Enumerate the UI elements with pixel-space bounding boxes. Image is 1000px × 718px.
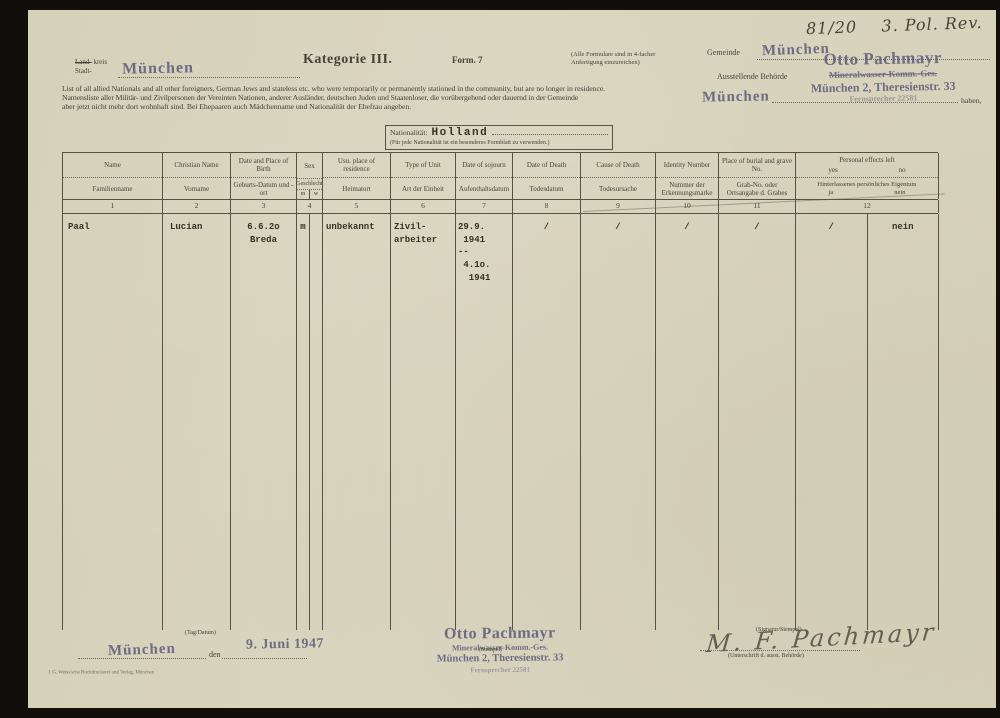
value-name: Paal [68,222,90,232]
col-header-sex-en: Sex [297,153,322,179]
col-header-birth-de: Geburts-Datum und -ort [231,178,296,199]
col-num-12: 12 [796,200,939,213]
col-header-birth: Date and Place of Birth Geburts-Datum un… [231,153,297,199]
value-effects-nein: nein [892,222,914,232]
table-body: Paal Lucian 6.6.2o Breda m unbekannt Ziv… [62,214,938,630]
nationality-note: (Für jede Nationalität ist ein besondere… [390,140,608,146]
col-header-residence-de: Heimatort [323,178,390,199]
value-sex: m [300,222,305,232]
col-header-effects-yes: yes [828,166,837,174]
col-header-christian-name-de: Vorname [163,178,230,199]
cell-identity: / [656,214,719,630]
col-header-sex: Sex Geschlecht m w [297,153,323,199]
copies-note: (Alle Formulare sind in 4-facher Anferti… [571,51,655,67]
intro-english: List of all allied Nationals and all oth… [62,84,605,93]
stempel-label: (Stempel) [479,647,502,653]
value-effects-ja: / [829,222,834,232]
col-header-residence: Usu. place of residence Heimatort [323,153,391,199]
col-header-unit: Type of Unit Art der Einheit [391,153,456,199]
col-header-unit-de: Art der Einheit [391,178,455,199]
table-header-row: Name Familienname Christian Name Vorname… [62,152,938,199]
value-residence: unbekannt [326,222,375,232]
col-header-name-de: Familienname [63,178,162,199]
col-header-burial-en: Place of burial and grave No. [719,153,795,178]
cell-birth: 6.6.2o Breda [231,214,297,630]
cell-death-cause: / [581,214,656,630]
col-header-name-en: Name [63,153,162,178]
cell-residence: unbekannt [323,214,391,630]
col-header-residence-en: Usu. place of residence [323,153,390,178]
district-label-stadt: Stadt- [75,67,107,76]
cell-effects: / nein [796,214,939,630]
value-birth: 6.6.2o Breda [247,222,279,245]
col-header-effects-en-yn: yes no [798,166,936,174]
cell-christian-name: Lucian [163,214,231,630]
scanned-document-page: 81/20 3. Pol. Rev. Land- kreis Stadt- Mü… [0,0,1000,718]
col-header-sex-de-label: Geschlecht [297,179,322,190]
col-header-effects: Personal effects left yes no Hinterlasse… [796,153,939,199]
col-num-4: 4 [297,200,323,213]
district-label: Land- kreis Stadt- [75,58,107,76]
cell-unit: Zivil- arbeiter [391,214,456,630]
col-num-3: 3 [231,200,297,213]
intro-german-line2: aber jetzt nicht mehr dort wohnhaft sind… [62,102,411,111]
col-header-sex-m: m [297,190,310,199]
col-header-death-date: Date of Death Todesdatum [513,153,581,199]
behoerde-stamp-name: Otto Pachmayr [772,48,994,69]
intro-dotted-blank [772,102,958,103]
date-stamp: 9. Juni 1947 [246,636,324,653]
category-title: Kategorie III. [303,52,392,68]
den-label: den [209,650,221,659]
nationality-box: Nationalität: Holland (Für jede National… [385,125,613,150]
intro-german-line1: Namensliste aller Militär- und Zivilpers… [62,93,578,102]
col-num-5: 5 [323,200,391,213]
value-death-date: / [544,222,549,232]
cell-death-date: / [513,214,581,630]
col-header-death-date-en: Date of Death [513,153,580,178]
col-header-death-cause-en: Cause of Death [581,153,655,178]
district-label-land: Land- [75,58,92,66]
date-hint-label: (Tag/Datum) [185,630,216,636]
table-number-row: 1 2 3 4 5 6 7 8 9 10 11 12 [62,199,938,214]
col-header-death-cause-de: Todesursache [581,178,655,199]
cell-sex-m: m [297,214,310,630]
col-header-birth-en: Date and Place of Birth [231,153,296,178]
col-header-sex-w: w [310,190,322,199]
col-header-effects-en: Personal effects left yes no [796,153,938,178]
printer-imprint: J. G. Weiss'sche Buchdruckerei und Verla… [48,669,154,675]
cell-burial: / [719,214,796,630]
cell-name: Paal [63,214,163,630]
col-header-identity-en: Identity Number [656,153,718,178]
district-value-stamp: München [122,59,194,78]
col-header-effects-de-label: Hinterlassenes persönliches Eigentum [818,181,917,188]
col-header-identity-de: Nummer der Erkennungsmarke [656,178,718,199]
value-burial: / [754,222,759,232]
gemeinde-label: Gemeinde [707,48,740,57]
cell-effects-nein: nein [868,214,939,630]
nationality-dotted-line [492,134,608,135]
col-header-name: Name Familienname [63,153,163,199]
district-dotted-line [118,77,300,78]
col-num-6: 6 [391,200,456,213]
footer-stamp-phone: Fernsprecher 22581 [433,666,567,674]
col-header-christian-name: Christian Name Vorname [163,153,231,199]
col-header-christian-name-en: Christian Name [163,153,230,178]
place-dotted-line [78,658,206,659]
cell-effects-ja: / [796,214,868,630]
footer-stamp-name: Otto Pachmayr [433,625,567,642]
col-header-burial: Place of burial and grave No. Grab-No. o… [719,153,796,199]
value-death-cause: / [615,222,620,232]
col-header-death-date-de: Todesdatum [513,178,580,199]
col-header-burial-de: Grab-No. oder Ortsangabe d. Grabes [719,178,795,199]
date-dotted-line [222,658,307,659]
value-sojourn: 29.9. 1941 -- 4.1o. 1941 [458,222,490,283]
col-header-sojourn: Date of sojourn Aufenthaltsdatum [456,153,513,199]
nationality-label: Nationalität: [390,128,428,137]
col-header-effects-no: no [899,166,906,174]
col-header-sex-de: Geschlecht m w [297,179,322,199]
col-header-effects-de: Hinterlassenes persönliches Eigentum ja … [796,178,938,199]
col-header-identity: Identity Number Nummer der Erkennungsmar… [656,153,719,199]
col-num-8: 8 [513,200,581,213]
cell-sex: m [297,214,323,630]
col-header-death-cause: Cause of Death Todesursache [581,153,656,199]
nationality-value: Holland [432,127,489,139]
intro-german-line1-suffix: haben, [961,96,982,105]
value-identity: / [684,222,689,232]
col-num-1: 1 [63,200,163,213]
col-num-7: 7 [456,200,513,213]
intro-gemeinde-stamp: München [702,88,770,106]
signature-dotted-line [700,650,860,651]
behoerde-stamp-address: München 2, Theresienstr. 33 [772,79,994,95]
form-number: Form. 7 [452,55,483,65]
footer-stamp-address: München 2, Theresienstr. 33 [433,653,567,665]
value-unit: Zivil- arbeiter [394,222,437,245]
signature-hint-bottom: (Unterschrift d. ausst. Behörde) [728,653,804,659]
col-header-effects-ja: ja [829,189,834,196]
persons-table: Name Familienname Christian Name Vorname… [62,152,938,630]
cell-sex-w [310,214,322,630]
value-christian-name: Lucian [170,222,202,232]
col-header-unit-en: Type of Unit [391,153,455,178]
col-header-sojourn-de: Aufenthaltsdatum [456,178,512,199]
col-header-sojourn-en: Date of sojourn [456,153,512,178]
cell-sojourn: 29.9. 1941 -- 4.1o. 1941 [456,214,513,630]
col-header-effects-en-label: Personal effects left [839,156,894,164]
col-header-sex-mw: m w [297,190,322,199]
district-label-kreis: kreis [93,58,107,66]
col-num-2: 2 [163,200,231,213]
